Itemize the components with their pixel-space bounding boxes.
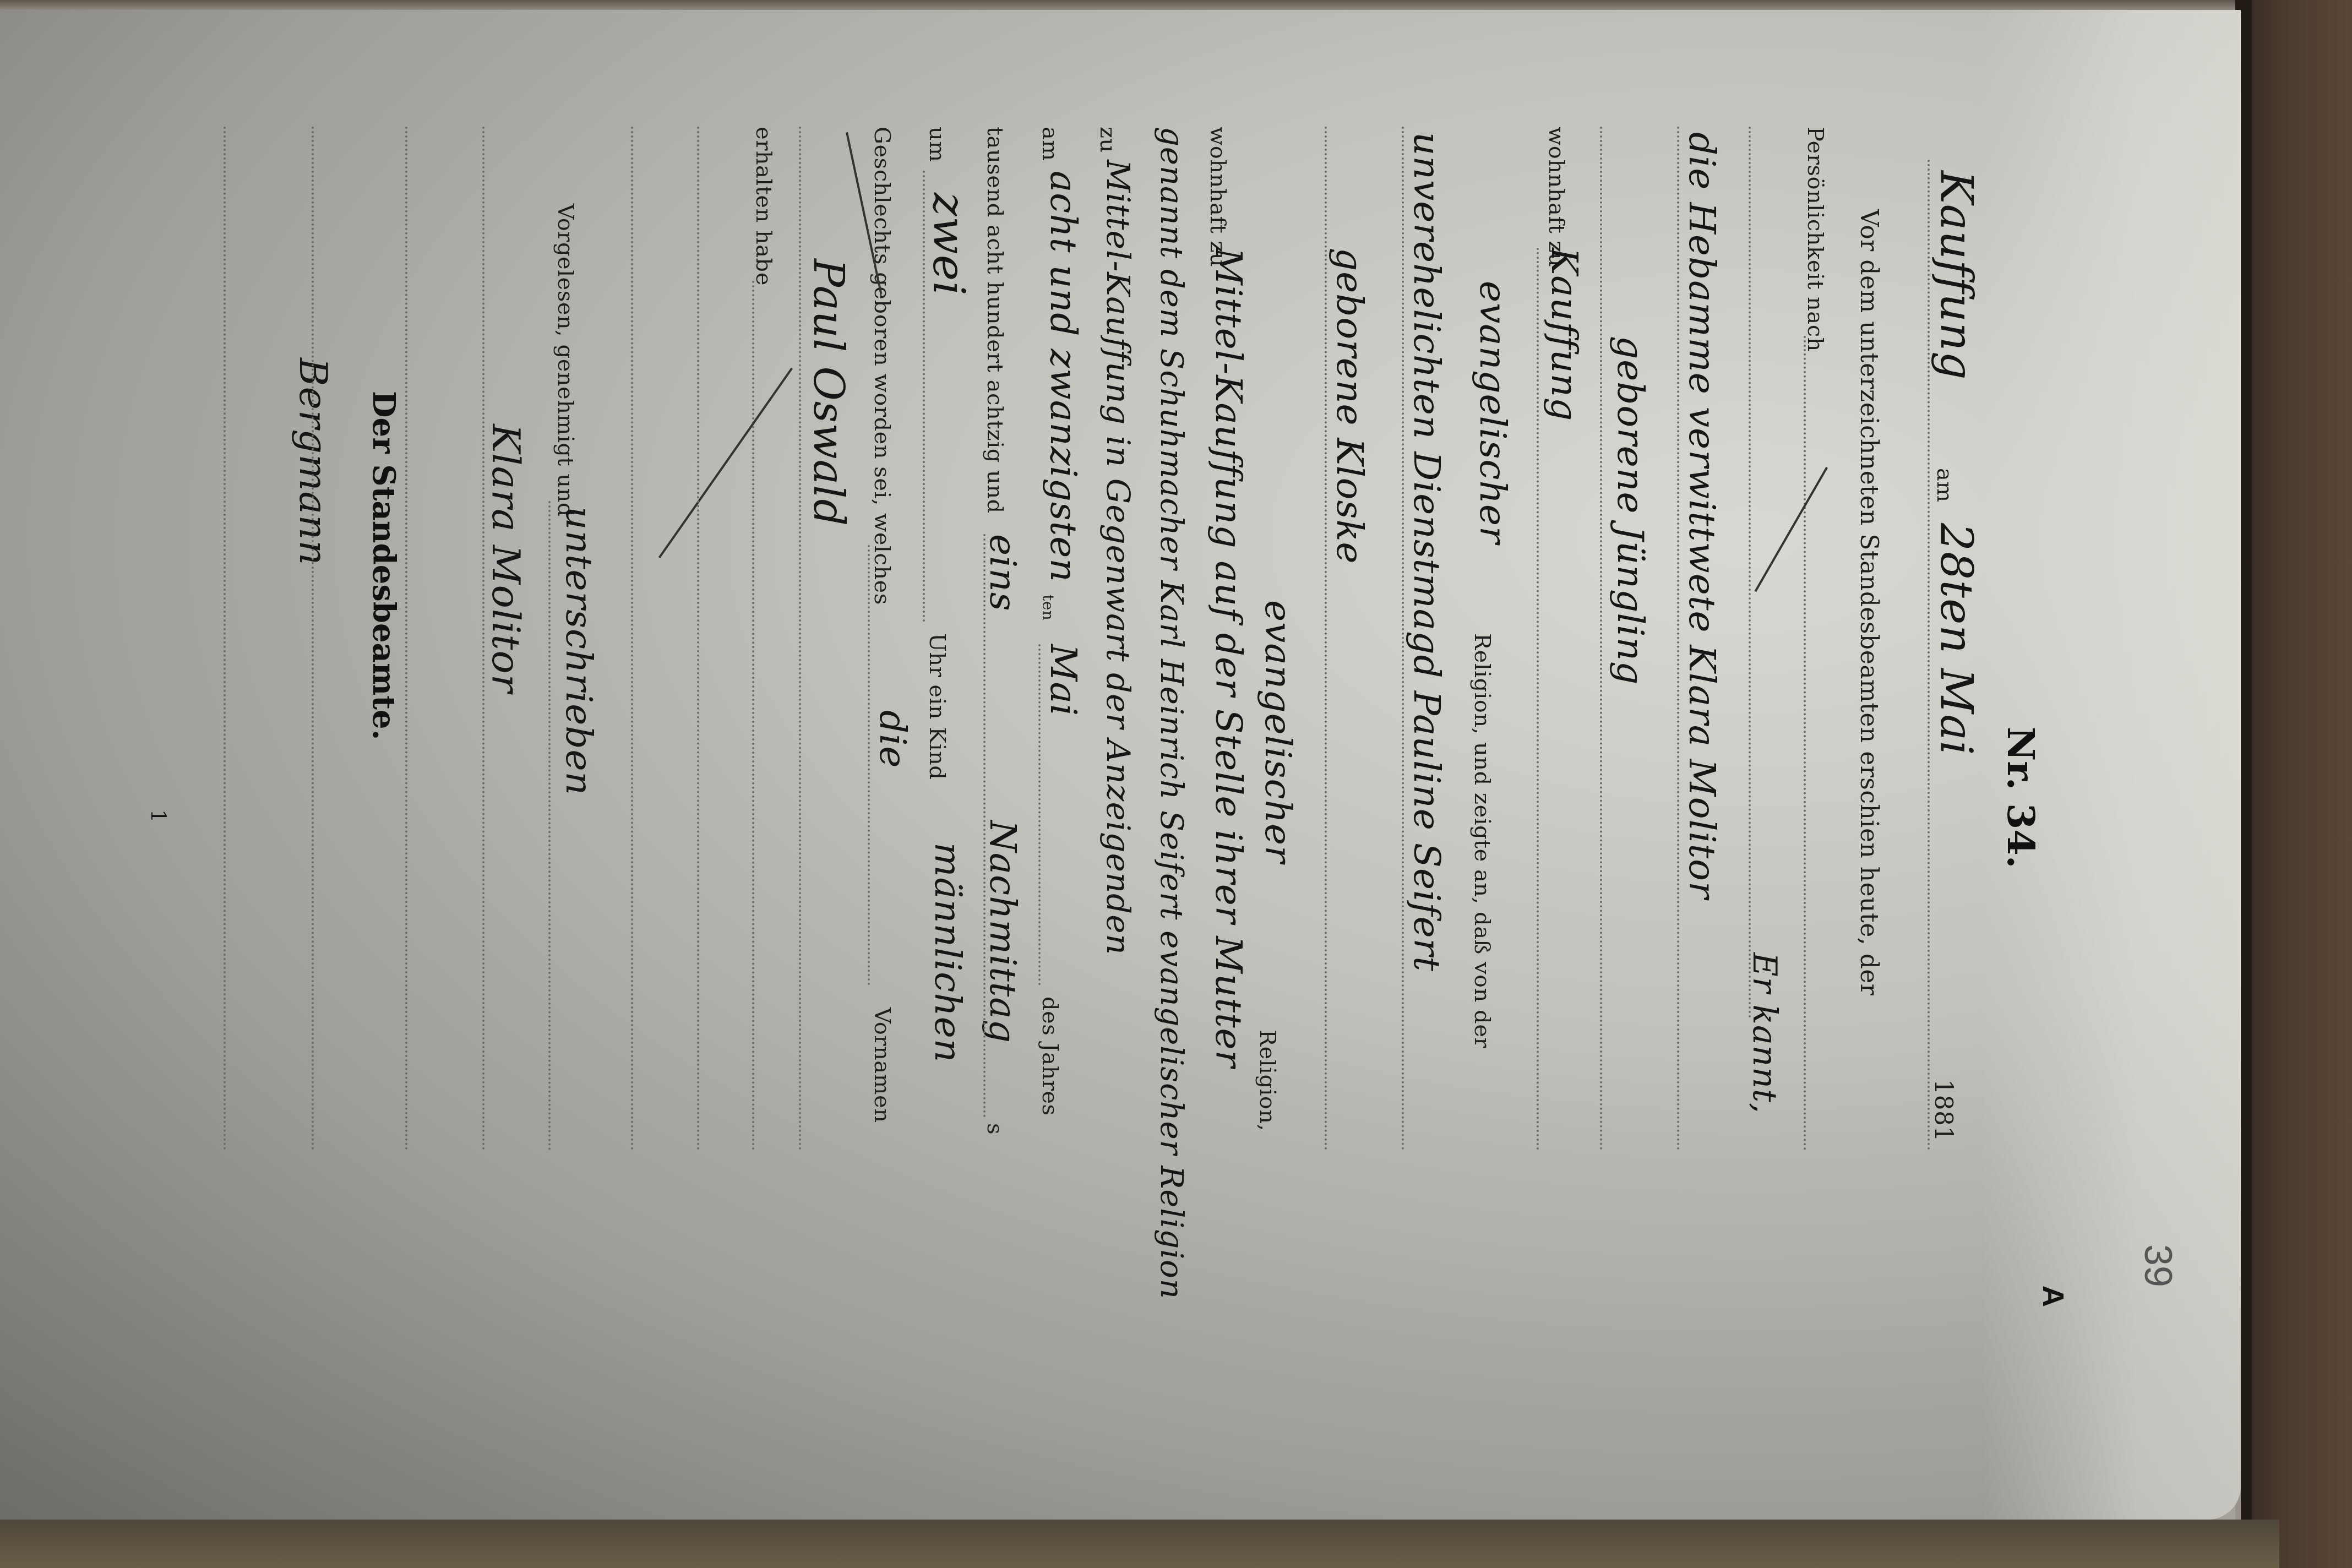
- dotted-line: [1038, 644, 1041, 986]
- place-handwritten: Kauffung: [1931, 171, 1982, 380]
- informant-signature: Klara Molitor: [483, 424, 529, 693]
- ten-suffix: ten: [1039, 595, 1057, 620]
- dotted-line: [405, 127, 407, 1151]
- child-sex: männlichen: [927, 842, 969, 1063]
- dotted-line: [923, 171, 925, 622]
- archive-number: 39: [2136, 1244, 2180, 1287]
- dotted-line: [697, 127, 699, 1151]
- dotted-line: [1325, 127, 1327, 1151]
- dotted-line: [631, 127, 633, 1151]
- birth-hour: zwei: [923, 193, 974, 296]
- intro-text: Vor dem unterzeichneten Standesbeamten e…: [1855, 209, 1883, 995]
- strike-mark: [658, 368, 793, 558]
- dotted-line: [1402, 127, 1404, 1151]
- wohnhaft-label-2: wohnhaft zu: [1205, 127, 1231, 267]
- unterschrieben-hand: unterschrieben: [558, 507, 600, 796]
- mother-maiden-name: geborene Kloske: [1329, 248, 1371, 564]
- mother-name: unverehelichten Dienstmagd Pauline Seife…: [1406, 132, 1448, 972]
- book-cover: [2235, 0, 2352, 1568]
- informant-religion: evangelischer: [1472, 281, 1514, 545]
- des-jahres-label: des Jahres: [1037, 997, 1063, 1115]
- birth-place: Mittel-Kauffung in Gegenwart der Anzeige…: [1099, 160, 1137, 955]
- registrar-title: Der Standesbeamte.: [366, 391, 402, 740]
- dotted-line: [799, 127, 801, 1151]
- s-suffix: s: [982, 1123, 1008, 1135]
- wohnhaft-label: wohnhaft zu: [1544, 127, 1569, 267]
- entry-number: Nr. 34.: [1999, 727, 2043, 868]
- child-given-names: Paul Oswald: [804, 259, 853, 526]
- date-handwritten: 28ten Mai: [1931, 523, 1982, 755]
- birth-location-detail: genannt dem Schuhmacher Karl Heinrich Se…: [1153, 127, 1189, 1299]
- dotted-line: [1600, 127, 1602, 1151]
- register-entry: 39 A Nr. 34. Kauffung am 28ten Mai 1881 …: [61, 50, 2208, 1481]
- dotted-line: [224, 127, 226, 1151]
- vorgelesen-label: Vorgelesen, genehmigt und: [553, 204, 578, 517]
- dotted-line: [548, 501, 551, 1151]
- die-hand: die: [872, 710, 914, 768]
- mother-religion: evangelischer: [1257, 600, 1299, 864]
- erhalten-label: erhalten habe: [751, 127, 776, 286]
- um-label: um: [924, 127, 950, 162]
- informant-name: die Hebamme verwittwete Klara Molitor: [1681, 132, 1723, 899]
- informant-maiden-name: geborene Jüngling: [1609, 336, 1652, 685]
- uhr-kind-label: Uhr ein Kind: [924, 633, 950, 780]
- birth-day: acht und zwanzigsten: [1042, 171, 1085, 582]
- persoenlichkeit-label: Persönlichkeit nach: [1803, 127, 1828, 352]
- strike-mark: [1755, 467, 1828, 592]
- am-label-2: am: [1037, 127, 1063, 161]
- zu-label: zu: [1095, 127, 1120, 153]
- dotted-line: [312, 127, 314, 1151]
- form-letter: A: [2036, 1286, 2070, 1307]
- geschlechts-label: Geschlechts geboren worden sei, welches: [869, 127, 895, 605]
- religion-zeigte-text: Religion, und zeigte an, daß von der: [1469, 633, 1495, 1048]
- dotted-line: [983, 534, 986, 1118]
- page-number: 1: [146, 809, 171, 823]
- year-words-label: tausend acht hundert achtzig und: [982, 127, 1008, 514]
- bekannt-hand: Er kannt,: [1745, 952, 1784, 1114]
- dotted-line: [482, 127, 484, 1151]
- dotted-line: [1804, 336, 1806, 1151]
- mother-residence: Mittel-Kauffung auf der Stelle ihrer Mut…: [1207, 248, 1250, 1068]
- dotted-line: [1677, 127, 1679, 1151]
- dotted-line: [868, 545, 870, 986]
- dotted-line: [752, 281, 754, 1151]
- header-dotted-line: [1928, 160, 1930, 1151]
- vornamen-label: Vornamen: [869, 1008, 895, 1123]
- adjacent-page-edge: [0, 1520, 2279, 1568]
- year: 1881: [1929, 1079, 1957, 1142]
- time-of-day: Nachmittag: [982, 820, 1024, 1043]
- religion-label: Religion,: [1255, 1030, 1280, 1131]
- dotted-line: [1749, 127, 1751, 1019]
- am-label: am: [1932, 468, 1957, 503]
- dotted-line: [1537, 248, 1539, 1151]
- informant-residence: Kauffung: [1543, 248, 1586, 421]
- year-words-hand: eins: [982, 534, 1024, 612]
- birth-month: Mai: [1042, 644, 1085, 716]
